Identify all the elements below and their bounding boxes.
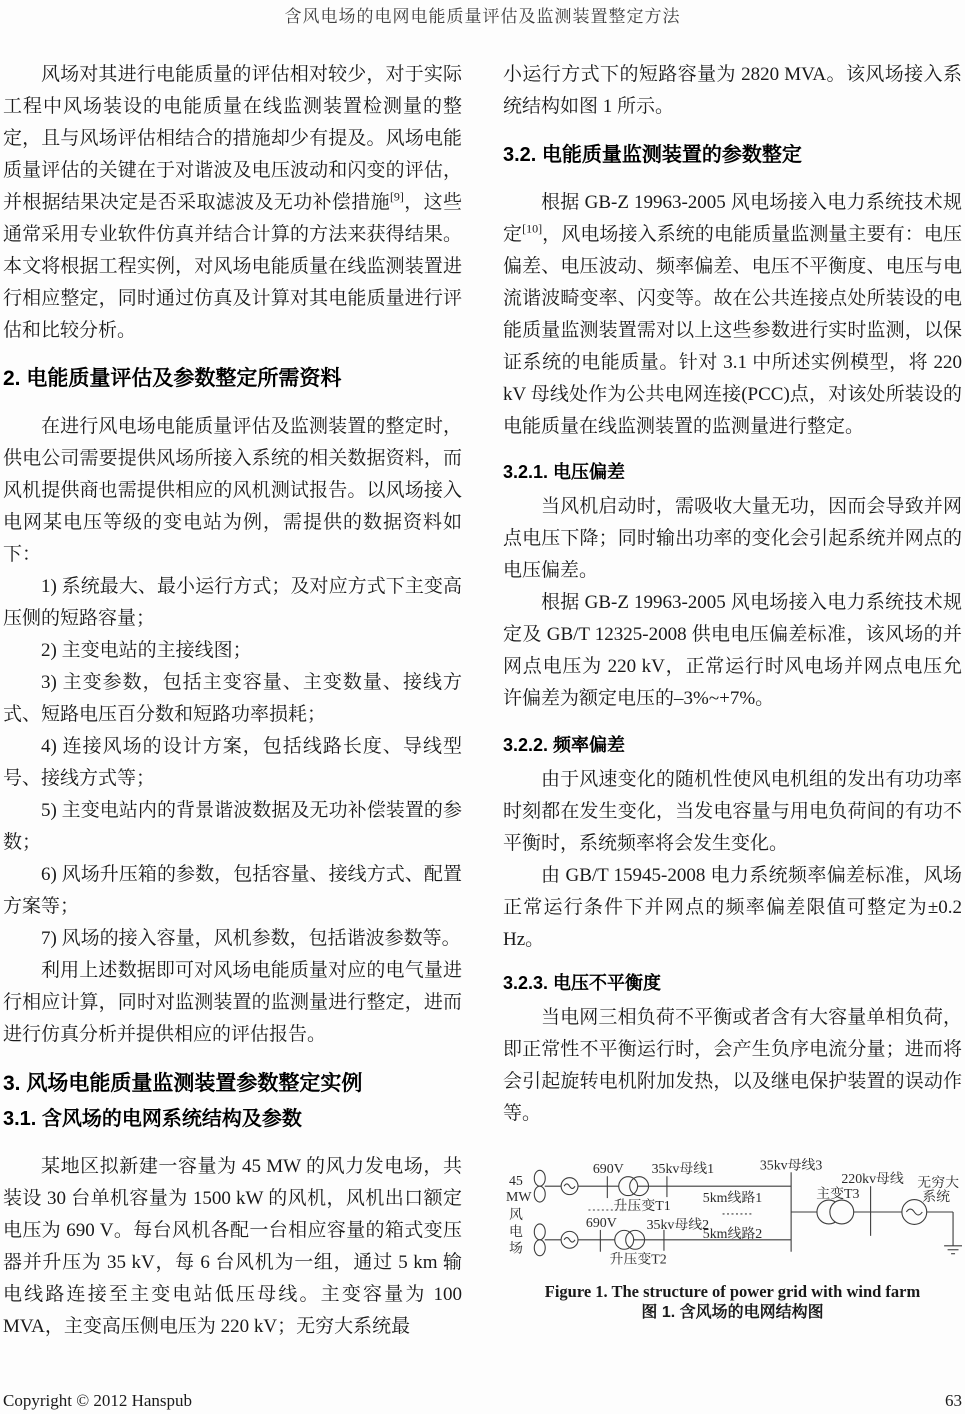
voltage-deviation-paragraph-2: 根据 GB-Z 19963-2005 风电场接入电力系统技术规定及 GB/T 1… <box>503 587 962 715</box>
paper-running-title: 含风电场的电网电能质量评估及监测装置整定方法 <box>0 2 965 27</box>
wind-turbine-icon <box>534 1224 545 1256</box>
list-item-4: 4) 连接风场的设计方案，包括线路长度、导线型号、接线方式等； <box>3 731 462 795</box>
wind-farm-label: 45 MW 风 电 场 <box>506 1174 532 1257</box>
list-item-7: 7) 风场的接入容量，风机参数，包括谐波参数等。 <box>3 923 462 955</box>
section-3-2-3-heading: 3.2.3. 电压不平衡度 <box>503 970 962 996</box>
voltage-deviation-paragraph-1: 当风机启动时，需吸收大量无功，因而会导致并网点电压下降；同时输出功率的变化会引起… <box>503 491 962 587</box>
list-item-5: 5) 主变电站内的背景谐波数据及无功补偿装置的参数； <box>3 795 462 859</box>
label-transformer-t3: 主变T3 <box>816 1185 859 1202</box>
wind-turbine-icon <box>534 1170 545 1202</box>
left-column: 风场对其进行电能质量的评估相对较少，对于实际工程中风场装设的电能质量在线监测装置… <box>3 59 462 1343</box>
section-3-1-heading: 3.1. 含风场的电网系统结构及参数 <box>3 1105 462 1133</box>
right-column: 小运行方式下的短路容量为 2820 MVA。该风场接入系统结构如图 1 所示。 … <box>503 59 962 1323</box>
transformer-icon <box>817 1200 854 1224</box>
section-3-2-heading: 3.2. 电能质量监测装置的参数整定 <box>503 141 962 169</box>
label-bus-220kv: 220kv母线 <box>841 1170 904 1187</box>
reference-9: [9] <box>390 190 404 204</box>
frequency-deviation-paragraph-1: 由于风速变化的随机性使风电机组的发出有功功率时刻都在发生变化，当发电容量与用电负… <box>503 764 962 860</box>
section-3-2-1-heading: 3.2.1. 电压偏差 <box>503 459 962 485</box>
label-infinite-system-1: 无穷大 <box>917 1174 959 1191</box>
section-3-2-text-rest: ，风电场接入系统的电能质量监测量主要有：电压偏差、电压波动、频率偏差、电压不平衡… <box>503 224 962 437</box>
label-infinite-system-2: 系统 <box>922 1189 950 1205</box>
svg-text:场: 场 <box>509 1240 523 1257</box>
label-bus-35kv-1: 35kv母线1 <box>652 1160 715 1177</box>
list-item-2: 2) 主变电站的主接线图； <box>3 635 462 667</box>
power-grid-diagram: 45 MW 风 电 场 <box>503 1148 962 1275</box>
list-item-6: 6) 风场升压箱的参数，包括容量、接线方式、配置方案等； <box>3 859 462 923</box>
intro-text-rest: ，这些通常采用专业软件仿真并结合计算的方法来获得结果。本文将根据工程实例，对风场… <box>3 192 462 341</box>
figure-1: 45 MW 风 电 场 <box>503 1148 962 1323</box>
page-number: 63 <box>945 1391 962 1411</box>
list-item-3: 3) 主变参数，包括主变容量、主变数量、接线方式、短路电压百分数和短路功率损耗； <box>3 667 462 731</box>
section-2-paragraph: 在进行风电场电能质量评估及监测装置的整定时，供电公司需要提供风场所接入系统的相关… <box>3 411 462 571</box>
copyright-text: Copyright © 2012 Hanspub <box>3 1391 192 1411</box>
svg-text:MW: MW <box>506 1190 532 1205</box>
label-transformer-t2: 升压变T2 <box>610 1251 667 1268</box>
continuation-paragraph: 小运行方式下的短路容量为 2820 MVA。该风场接入系统结构如图 1 所示。 <box>503 59 962 123</box>
list-item-1: 1) 系统最大、最小运行方式；及对应方式下主变高压侧的短路容量； <box>3 571 462 635</box>
ground-icon <box>944 1212 962 1254</box>
section-3-1-paragraph: 某地区拟新建一容量为 45 MW 的风力发电场，共装设 30 台单机容量为 15… <box>3 1151 462 1343</box>
label-bus-35kv-2: 35kv母线2 <box>647 1216 710 1233</box>
label-bus-35kv-3: 35kv母线3 <box>760 1156 823 1173</box>
section-2-heading: 2. 电能质量评估及参数整定所需资料 <box>3 364 462 394</box>
figure-caption-english: Figure 1. The structure of power grid wi… <box>503 1281 962 1302</box>
section-2-closing-paragraph: 利用上述数据即可对风场电能质量对应的电气量进行相应计算，同时对监测装置的监测量进… <box>3 955 462 1051</box>
generator-icon <box>561 1231 578 1248</box>
generator-icon <box>561 1178 578 1195</box>
label-line-5km-1: 5km线路1 <box>703 1189 762 1206</box>
voltage-unbalance-paragraph: 当电网三相负荷不平衡或者含有大容量单相负荷，即正常性不平衡运行时，会产生负序电流… <box>503 1002 962 1130</box>
intro-paragraph: 风场对其进行电能质量的评估相对较少，对于实际工程中风场装设的电能质量在线监测装置… <box>3 59 462 347</box>
section-3-2-paragraph: 根据 GB-Z 19963-2005 风电场接入电力系统技术规定[10]，风电场… <box>503 187 962 443</box>
page-footer: Copyright © 2012 Hanspub 63 <box>3 1391 962 1411</box>
svg-text:电: 电 <box>509 1223 523 1240</box>
svg-text:45: 45 <box>509 1174 523 1189</box>
label-line-5km-2: 5km线路2 <box>703 1225 762 1242</box>
section-3-2-2-heading: 3.2.2. 频率偏差 <box>503 732 962 758</box>
figure-caption-chinese: 图 1. 含风场的电网结构图 <box>503 1302 962 1323</box>
section-3-heading: 3. 风场电能质量监测装置参数整定实例 <box>3 1069 462 1099</box>
label-690v-2: 690V <box>586 1216 617 1231</box>
reference-10: [10] <box>522 222 542 236</box>
label-transformer-t1: 升压变T1 <box>614 1197 671 1214</box>
label-690v-1: 690V <box>593 1162 624 1177</box>
svg-text:风: 风 <box>509 1207 523 1223</box>
frequency-deviation-paragraph-2: 由 GB/T 15945-2008 电力系统频率偏差标准，风场正常运行条件下并网… <box>503 860 962 956</box>
